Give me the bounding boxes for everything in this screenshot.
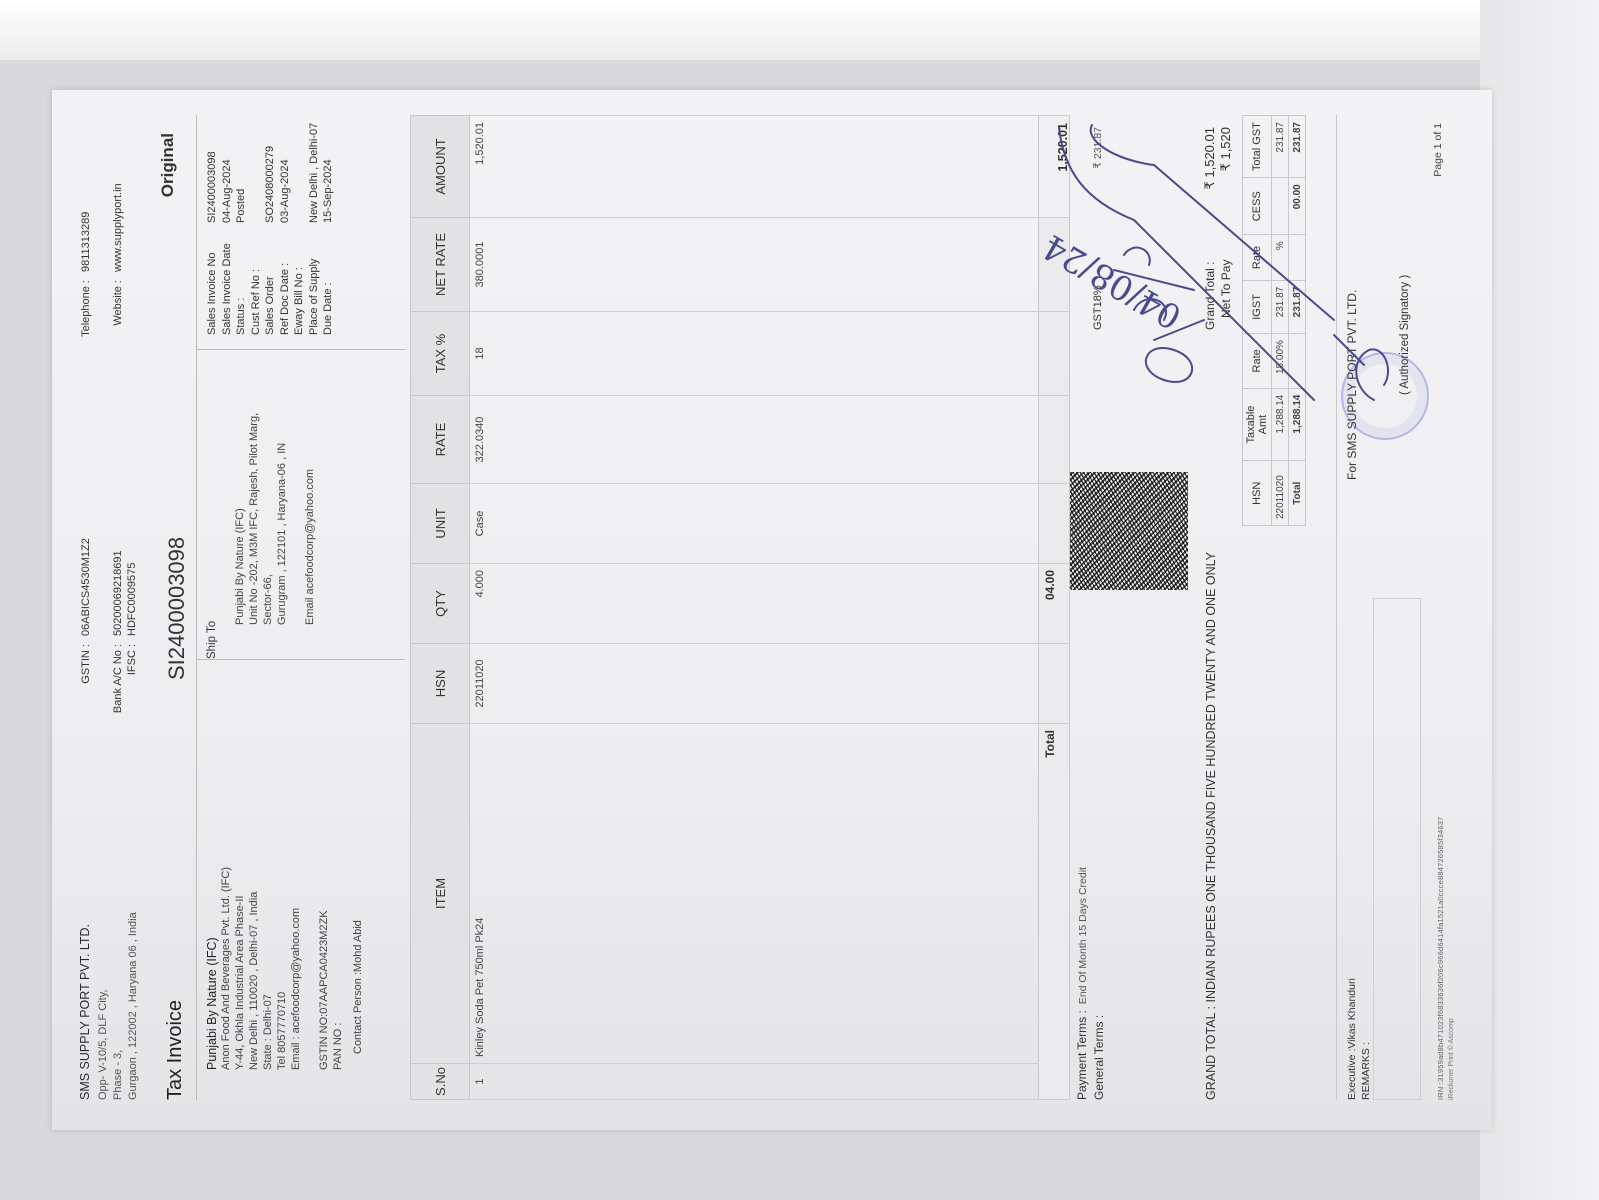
meta-row: Status :Posted (234, 123, 249, 335)
col-qty: QTY (411, 564, 470, 644)
ship-to-email: Email acefoodcorp@yahoo.com (303, 413, 317, 625)
ship-to: Ship To Punjabi By Nature (IFC) Unit No … (197, 413, 405, 660)
item-name: Kinley Soda Pet 750ml Pk24 (474, 730, 486, 1057)
ship-to-heading: Ship To (205, 413, 219, 659)
bill-to: Punjabi By Nature (IFC) Anon Food And Be… (205, 867, 365, 1070)
gst-total-row: Total 1,288.14 231.87 00.00 231.87 (1289, 116, 1306, 526)
payment-terms: Payment Terms :End Of Month 15 Days Cred… (1074, 867, 1091, 1100)
bill-to-contact: Contact Person :Mohd Abid (351, 867, 365, 1070)
seller-ifsc: IFSC :HDFC0009575 (126, 563, 138, 740)
parties-section: Punjabi By Nature (IFC) Anon Food And Be… (196, 115, 397, 1100)
executive: Executive :Vikas Khanduri REMARKS : (1345, 978, 1373, 1100)
cell-amount: 1,520.01 (470, 116, 1039, 218)
general-terms: General Terms : (1091, 867, 1107, 1100)
meta-row: Ref Doc Date :03-Aug-2024 (278, 123, 293, 335)
for-company: For SMS SUPPLY PORT PVT. LTD. (1345, 290, 1359, 480)
seller-address-line: Gurgaon , 122002 , Haryana 06 , India (126, 912, 141, 1100)
remarks-label: REMARKS : (1359, 978, 1373, 1100)
cell-tax: 18 (470, 312, 1039, 396)
authorized-signatory: ( Authorized Signatory ) (1399, 275, 1411, 395)
meta-row: Sales Invoice NoSI2400003098 (205, 123, 220, 335)
invoice-number-heading: SI2400003098 (164, 537, 190, 680)
grand-total-value: ₹ 1,520.01 (1202, 127, 1218, 190)
col-net-rate: NET RATE (411, 218, 470, 312)
cell-sno: 1 (470, 1064, 1039, 1100)
gst-summary-table: HSN Taxable Amt Rate IGST Rate CESS Tota… (1242, 115, 1306, 526)
invoice-sheet: SMS SUPPLY PORT PVT. LTD. Opp- V-10/5, D… (74, 115, 1464, 1100)
invoice-page: SMS SUPPLY PORT PVT. LTD. Opp- V-10/5, D… (52, 90, 1492, 1130)
cell-unit: Case (470, 484, 1039, 564)
grand-total-values: ₹ 1,520.01 ₹ 1,520 (1202, 127, 1234, 190)
items-header-row: S.No ITEM HSN QTY UNIT RATE TAX % NET RA… (411, 116, 470, 1100)
col-hsn: HSN (411, 644, 470, 724)
amount-in-words: GRAND TOTAL : INDIAN RUPEES ONE THOUSAND… (1204, 540, 1219, 1100)
meta-row: Sales OrderSO2408000279 (263, 123, 278, 335)
col-unit: UNIT (411, 484, 470, 564)
seller-address-line: Phase - 3, (111, 912, 126, 1100)
net-to-pay-value: ₹ 1,520 (1218, 127, 1234, 190)
seller-address-line: Opp- V-10/5, DLF City, (96, 912, 111, 1100)
bill-to-gstin: GSTIN NO:07AAPCA0423M2ZK (317, 867, 331, 1070)
bill-to-line: Anon Food And Beverages Pvt. Ltd. (IFC) (219, 867, 233, 1070)
copy-label: Original (158, 133, 178, 197)
items-total-qty: 04.00 (1039, 564, 1070, 644)
table-row: 22011020 1,288.14 18.00% 231.87 % 231.87 (1272, 116, 1289, 526)
ship-to-line: Gurugram , 122101 , Haryana-06 , IN (275, 413, 289, 625)
items-table: S.No ITEM HSN QTY UNIT RATE TAX % NET RA… (410, 115, 1070, 1100)
invoice-meta: Sales Invoice NoSI2400003098 Sales Invoi… (197, 123, 405, 350)
col-amount: AMOUNT (411, 116, 470, 218)
cell-net-rate: 380.0001 (470, 218, 1039, 312)
net-to-pay-label: Net To Pay (1218, 260, 1234, 330)
irn: IRN :31959ad8b471023f6833636f206c966d641… (1436, 817, 1445, 1100)
meta-row: Eway Bill No : (292, 123, 307, 335)
col-sno: S.No (411, 1064, 470, 1100)
meta-row: Sales Invoice Date04-Aug-2024 (220, 123, 235, 335)
terms: Payment Terms :End Of Month 15 Days Cred… (1074, 867, 1107, 1100)
seller-bank-ac: Bank A/C No :50200069218691 (112, 550, 124, 740)
meta-row: Cust Ref No : (249, 123, 264, 335)
printed-by: iReckoner Print © Ascomp (1448, 1018, 1455, 1100)
col-tax: TAX % (411, 312, 470, 396)
bill-to-line: New Delhi , 110020 , Delhi-07 , India (247, 867, 261, 1070)
ship-to-line: Unit No -202, M3M IFC, Rajesh, Pilot Mar… (247, 413, 261, 625)
gst-amount: ₹ 231.87 (1092, 127, 1104, 169)
seller-gstin: GSTIN :06ABICS4530M1Z2 (80, 538, 92, 700)
grand-total-labels: Grand Total : Net To Pay (1202, 260, 1234, 330)
title-row: Tax Invoice SI2400003098 Original (164, 115, 194, 1100)
photo-background-right (1480, 0, 1599, 1200)
cell-hsn: 22011020 (470, 644, 1039, 724)
table-row: 1 Kinley Soda Pet 750ml Pk24 22011020 4.… (470, 116, 1039, 1100)
photo-background-top (0, 0, 1599, 60)
bill-to-line: Tel 8057770710 (275, 867, 289, 1070)
bill-to-name: Punjabi By Nature (IFC) (205, 867, 219, 1070)
grand-total-label: Grand Total : (1202, 260, 1218, 330)
items-total-amount: 1,520.01 (1056, 123, 1070, 172)
e-invoice-qr-code (1070, 472, 1188, 590)
footer: Executive :Vikas Khanduri REMARKS : For … (1336, 115, 1427, 1100)
bill-to-line: State : Delhi-07 (261, 867, 275, 1070)
seller-address: Opp- V-10/5, DLF City, Phase - 3, Gurgao… (96, 912, 141, 1100)
items-total-label: Total (1039, 724, 1070, 1100)
ship-to-line: Sector-66, (261, 413, 275, 625)
gst-label: GST18% (1092, 285, 1104, 330)
col-rate: RATE (411, 396, 470, 484)
meta-row: Place of SupplyNew Delhi , Delhi-07 (307, 123, 322, 335)
cell-item: Kinley Soda Pet 750ml Pk24 (470, 724, 1039, 1064)
seller-name: SMS SUPPLY PORT PVT. LTD. (78, 924, 92, 1100)
seller-website: Website :www.supplyport.in (112, 183, 124, 360)
bleed-through-text (526, 730, 539, 1057)
remarks-box (1373, 598, 1421, 1100)
ship-to-line: Punjabi By Nature (IFC) (233, 413, 247, 625)
seller-header: SMS SUPPLY PORT PVT. LTD. Opp- V-10/5, D… (74, 115, 158, 1100)
gst-header-row: HSN Taxable Amt Rate IGST Rate CESS Tota… (1243, 116, 1272, 526)
bill-to-line: Email : acefoodcorp@yahoo.com (289, 867, 303, 1070)
items-total-row: Total 04.00 (1039, 116, 1070, 1100)
document-title: Tax Invoice (164, 1000, 187, 1100)
bill-to-line: Y-44, Okhla Industrial Area Phase-II (233, 867, 247, 1070)
meta-row: Due Date :15-Sep-2024 (321, 123, 336, 335)
col-item: ITEM (411, 724, 470, 1064)
handwritten-date (1114, 248, 1204, 382)
executive-name: Executive :Vikas Khanduri (1345, 978, 1359, 1100)
page-number: Page 1 of 1 (1432, 123, 1444, 177)
seller-telephone: Telephone :9811313289 (80, 212, 92, 360)
cell-rate: 322.0340 (470, 396, 1039, 484)
bill-to-pan: PAN NO : (331, 867, 345, 1070)
cell-qty: 4.000 (470, 564, 1039, 644)
